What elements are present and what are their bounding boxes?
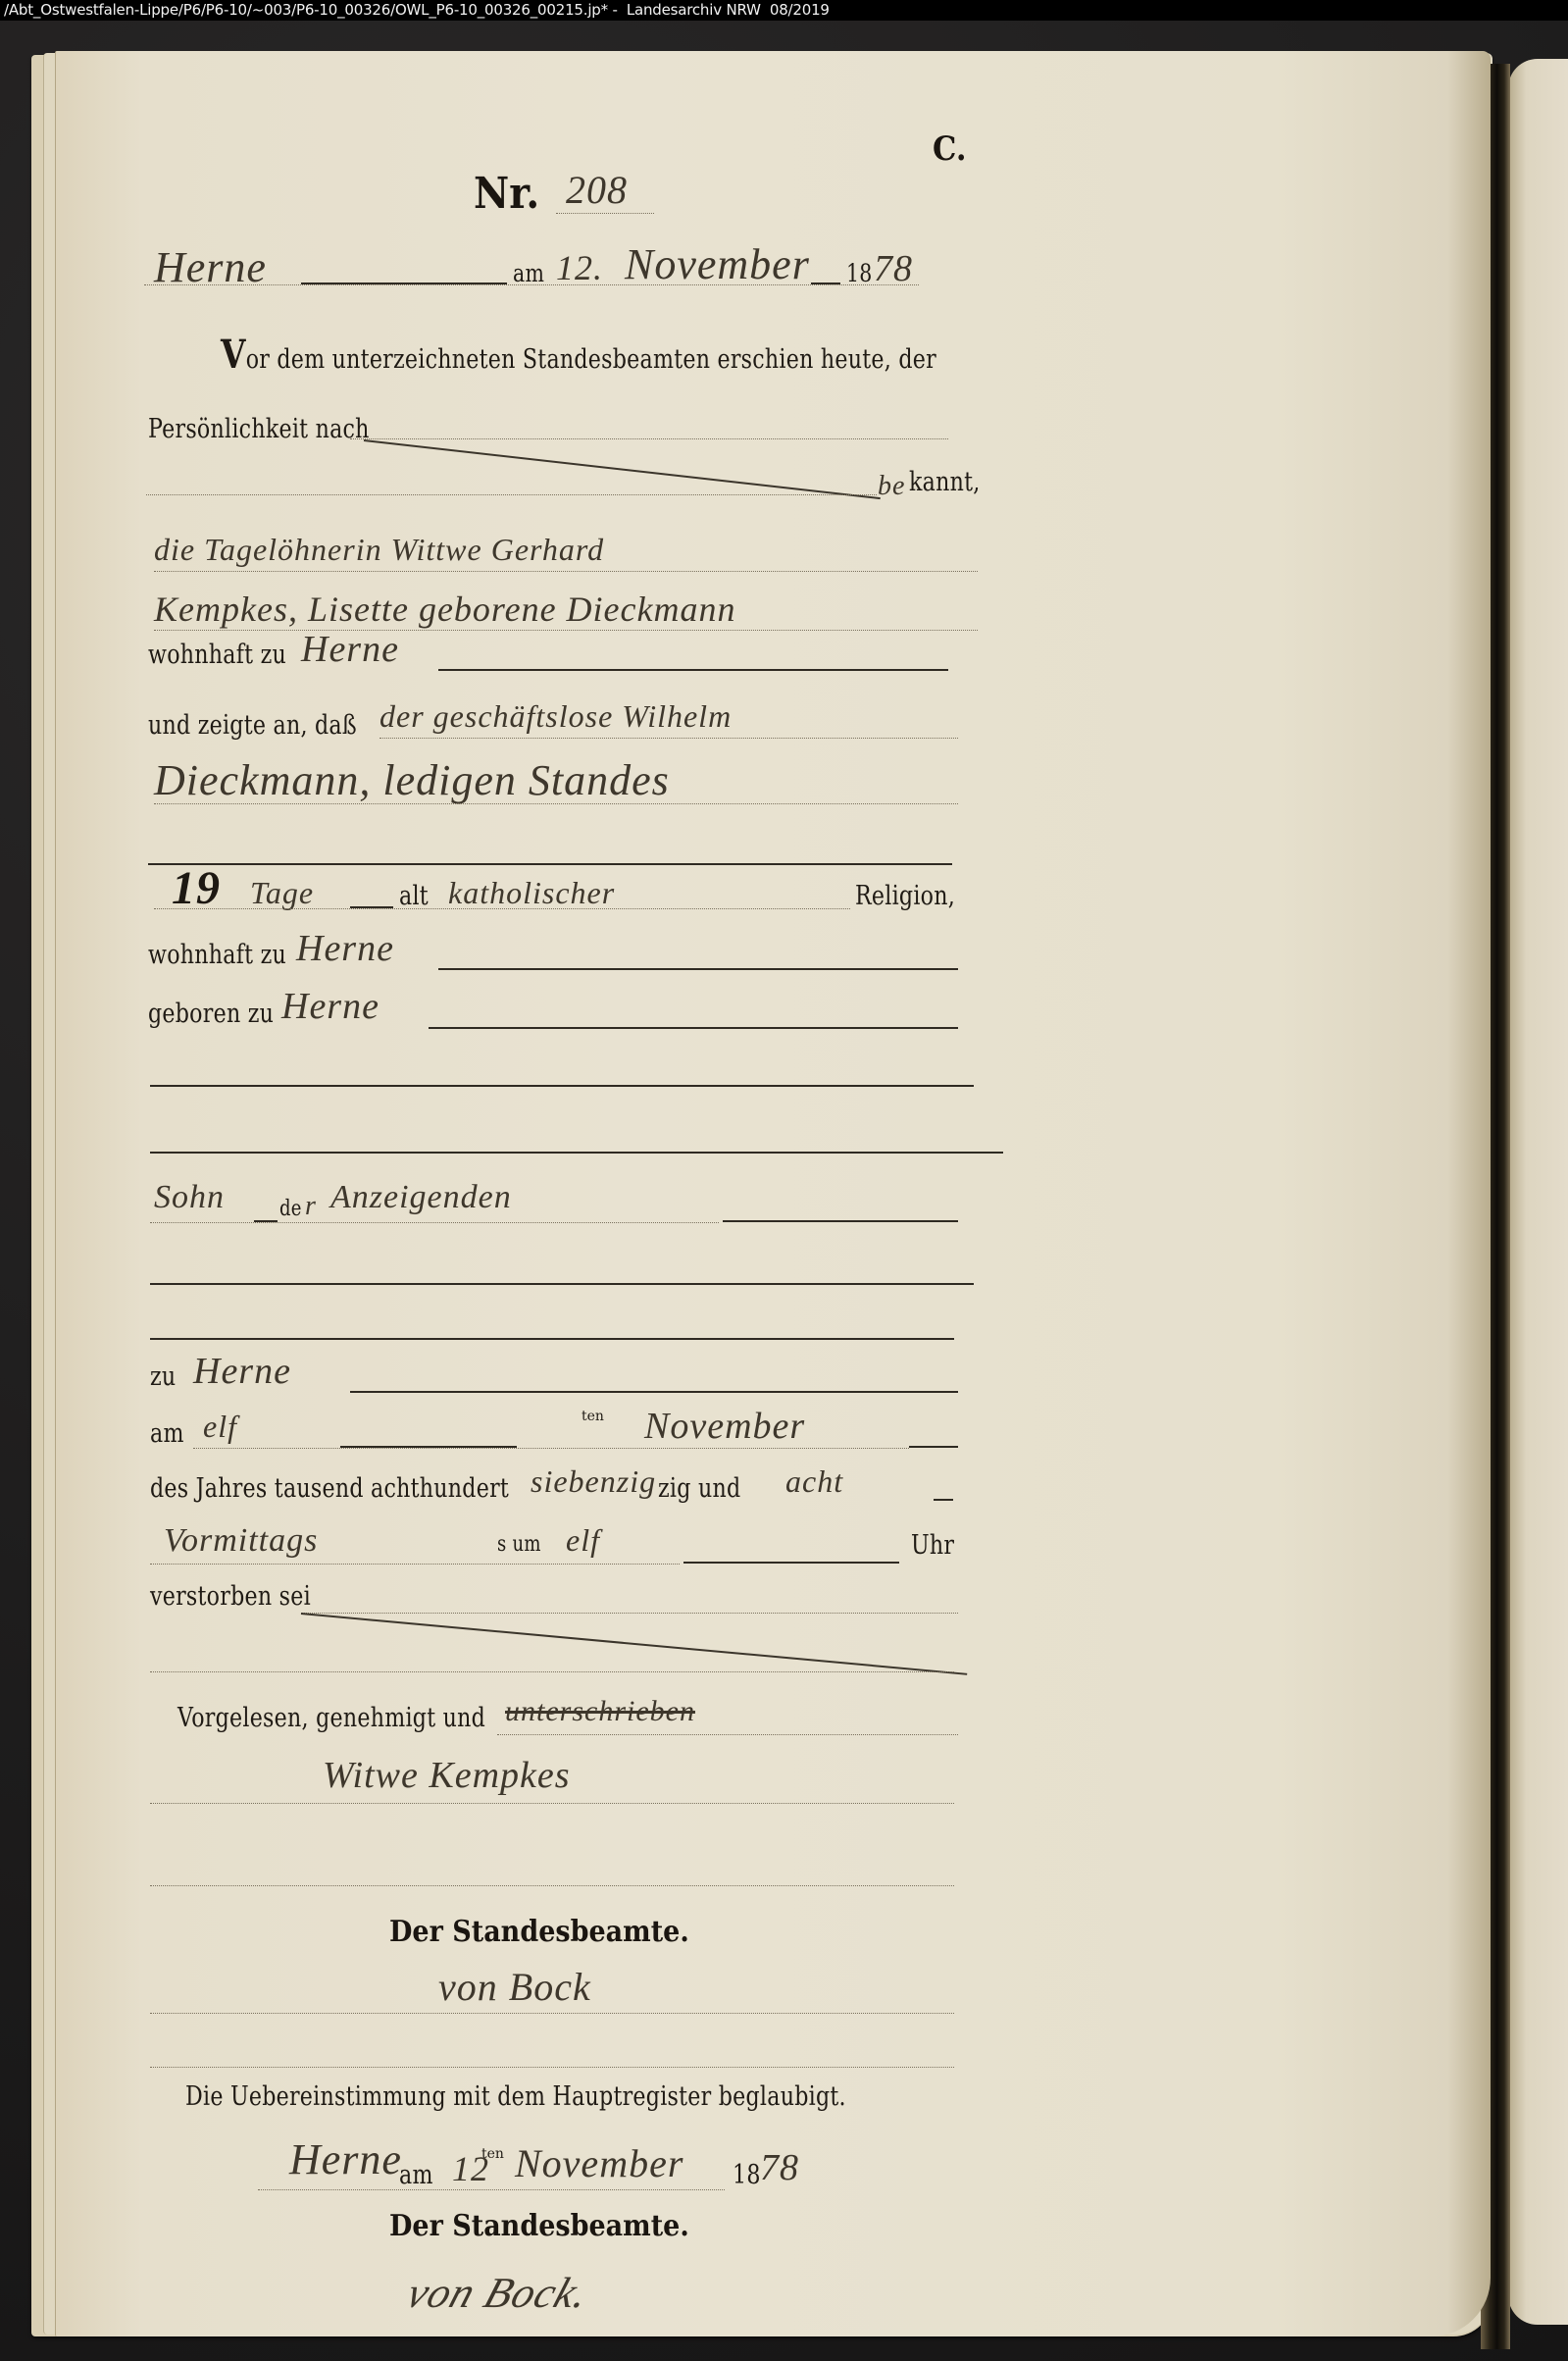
- official-2-signature: von Bock.: [401, 2268, 596, 2318]
- report-line-2-rule: [154, 803, 958, 804]
- deceased-birthplace-label: geboren zu: [148, 999, 274, 1029]
- death-time-rule: [150, 1564, 680, 1565]
- personality-line-2: [146, 494, 877, 495]
- declarant-line-2-rule: [154, 630, 978, 631]
- death-hour-line: [683, 1562, 899, 1564]
- death-time-of-day: Vormittags: [164, 1522, 318, 1560]
- verstorben-strike-line: [301, 1613, 967, 1675]
- relation-of: Anzeigenden: [330, 1179, 512, 1216]
- declarant-line-1-rule: [154, 571, 978, 572]
- death-place-label: zu: [150, 1361, 176, 1392]
- personality-filled: be: [878, 471, 905, 502]
- verstorben-line-1: [301, 1613, 958, 1614]
- intro-text: Vor dem unterzeichneten Standesbeamten e…: [221, 332, 936, 378]
- certification-text: Die Uebereinstimmung mit dem Hauptregist…: [185, 2081, 846, 2112]
- empty-line-3: [150, 1283, 974, 1285]
- certification-rule: [258, 2189, 725, 2190]
- verstorben-line-2: [150, 1671, 954, 1672]
- date-year-prefix: 18: [846, 259, 873, 287]
- death-place: Herne: [193, 1350, 291, 1393]
- form-letter: C.: [933, 129, 966, 169]
- relation-r: r: [305, 1191, 317, 1222]
- death-month: November: [644, 1405, 805, 1448]
- facing-page-edge: [1508, 59, 1568, 2325]
- relation-fill-line-2: [723, 1220, 958, 1222]
- death-decade: siebenzig: [531, 1463, 656, 1500]
- declarant-residence: Herne: [301, 628, 399, 671]
- relation-rule: [150, 1222, 719, 1223]
- approval-signature-rule: [150, 1803, 954, 1804]
- report-line-1-rule: [379, 738, 958, 739]
- report-empty-line: [148, 863, 952, 865]
- window-title-bar: /Abt_Ostwestfalen-Lippe/P6/P6-10/~003/P6…: [0, 0, 1568, 21]
- deceased-age-unit: Tage: [250, 875, 314, 911]
- death-uhr-label: Uhr: [911, 1530, 954, 1561]
- death-am-label: am: [150, 1418, 184, 1449]
- approval-value: unterschrieben: [505, 1695, 695, 1728]
- age-religion-rule: [154, 908, 850, 909]
- death-s-um-label: s um: [497, 1532, 541, 1557]
- official-1-title: Der Standesbeamte.: [389, 1915, 689, 1949]
- certification-place: Herne: [289, 2134, 402, 2184]
- intro-body: or dem unterzeichneten Standesbeamten er…: [246, 344, 936, 375]
- deceased-residence-label: wohnhaft zu: [148, 940, 286, 970]
- date-month: November: [625, 239, 810, 289]
- approval-label: Vorgelesen, genehmigt und: [177, 1703, 485, 1733]
- report-line-2: Dieckmann, ledigen Standes: [154, 755, 670, 805]
- deceased-residence: Herne: [296, 927, 394, 970]
- certification-day-suffix: ten: [481, 2146, 504, 2162]
- death-month-line: [909, 1446, 958, 1448]
- report-line-1: der geschäftslose Wilhelm: [379, 698, 732, 735]
- deceased-alt-label: alt: [399, 881, 429, 911]
- date-day: 12.: [556, 247, 603, 288]
- certification-month: November: [515, 2140, 683, 2186]
- declarant-line-1: die Tagelöhnerin Wittwe Gerhard: [154, 532, 604, 568]
- death-year-unit: acht: [785, 1463, 843, 1500]
- record-number-line: [556, 213, 654, 214]
- personality-strike-line: [364, 439, 881, 499]
- official-2-title: Der Standesbeamte.: [389, 2209, 689, 2243]
- personality-line-1: [350, 438, 948, 439]
- death-date-rule: [193, 1448, 909, 1449]
- place-date-line: [144, 284, 919, 285]
- official-1-bottom-rule: [150, 2067, 954, 2068]
- deceased-religion: katholischer: [448, 875, 615, 911]
- deceased-birthplace-line: [429, 1027, 958, 1029]
- intro-initial: V: [221, 332, 246, 378]
- declarant-line-2: Kempkes, Lisette geborene Dieckmann: [154, 589, 736, 630]
- death-year-label: des Jahres tausend achthundert: [150, 1473, 509, 1504]
- deceased-religion-label: Religion,: [855, 881, 955, 911]
- official-1-signature: von Bock: [438, 1964, 591, 2010]
- report-label: und zeigte an, daß: [148, 710, 357, 741]
- official-1-signature-rule: [150, 2013, 954, 2014]
- personality-label: Persönlichkeit nach: [148, 414, 370, 444]
- certification-year-suffix: 78: [760, 2146, 799, 2189]
- death-place-line: [350, 1391, 958, 1393]
- deceased-birthplace: Herne: [281, 985, 379, 1028]
- empty-line-4: [150, 1338, 954, 1340]
- record-number-label: Nr.: [474, 169, 539, 219]
- personality-suffix: kannt,: [909, 467, 981, 497]
- deceased-age: 19: [172, 861, 221, 915]
- death-year-line: [934, 1499, 953, 1501]
- approval-signature: Witwe Kempkes: [323, 1754, 571, 1797]
- death-day: elf: [203, 1409, 237, 1445]
- date-am-label: am: [513, 259, 544, 287]
- death-zig-label: zig und: [658, 1473, 740, 1504]
- empty-line-2: [150, 1152, 1003, 1154]
- approval-rule: [497, 1734, 958, 1735]
- declarant-residence-line: [438, 669, 948, 671]
- empty-line-1: [150, 1085, 974, 1087]
- record-number: 208: [566, 167, 628, 213]
- deceased-relation: Sohn: [154, 1179, 225, 1216]
- death-day-suffix: ten: [582, 1409, 604, 1424]
- declarant-residence-label: wohnhaft zu: [148, 640, 286, 670]
- certification-year-prefix: 18: [733, 2160, 761, 2190]
- relation-der-label: de: [279, 1197, 302, 1221]
- death-verstorben-label: verstorben sei: [150, 1581, 311, 1612]
- certification-am-label: am: [399, 2160, 433, 2190]
- deceased-residence-line: [438, 968, 958, 970]
- death-hour: elf: [566, 1522, 600, 1559]
- register-page: C. Nr. 208 Herne am 12. November 18 78 V…: [55, 51, 1491, 2336]
- approval-bottom-rule: [150, 1885, 954, 1886]
